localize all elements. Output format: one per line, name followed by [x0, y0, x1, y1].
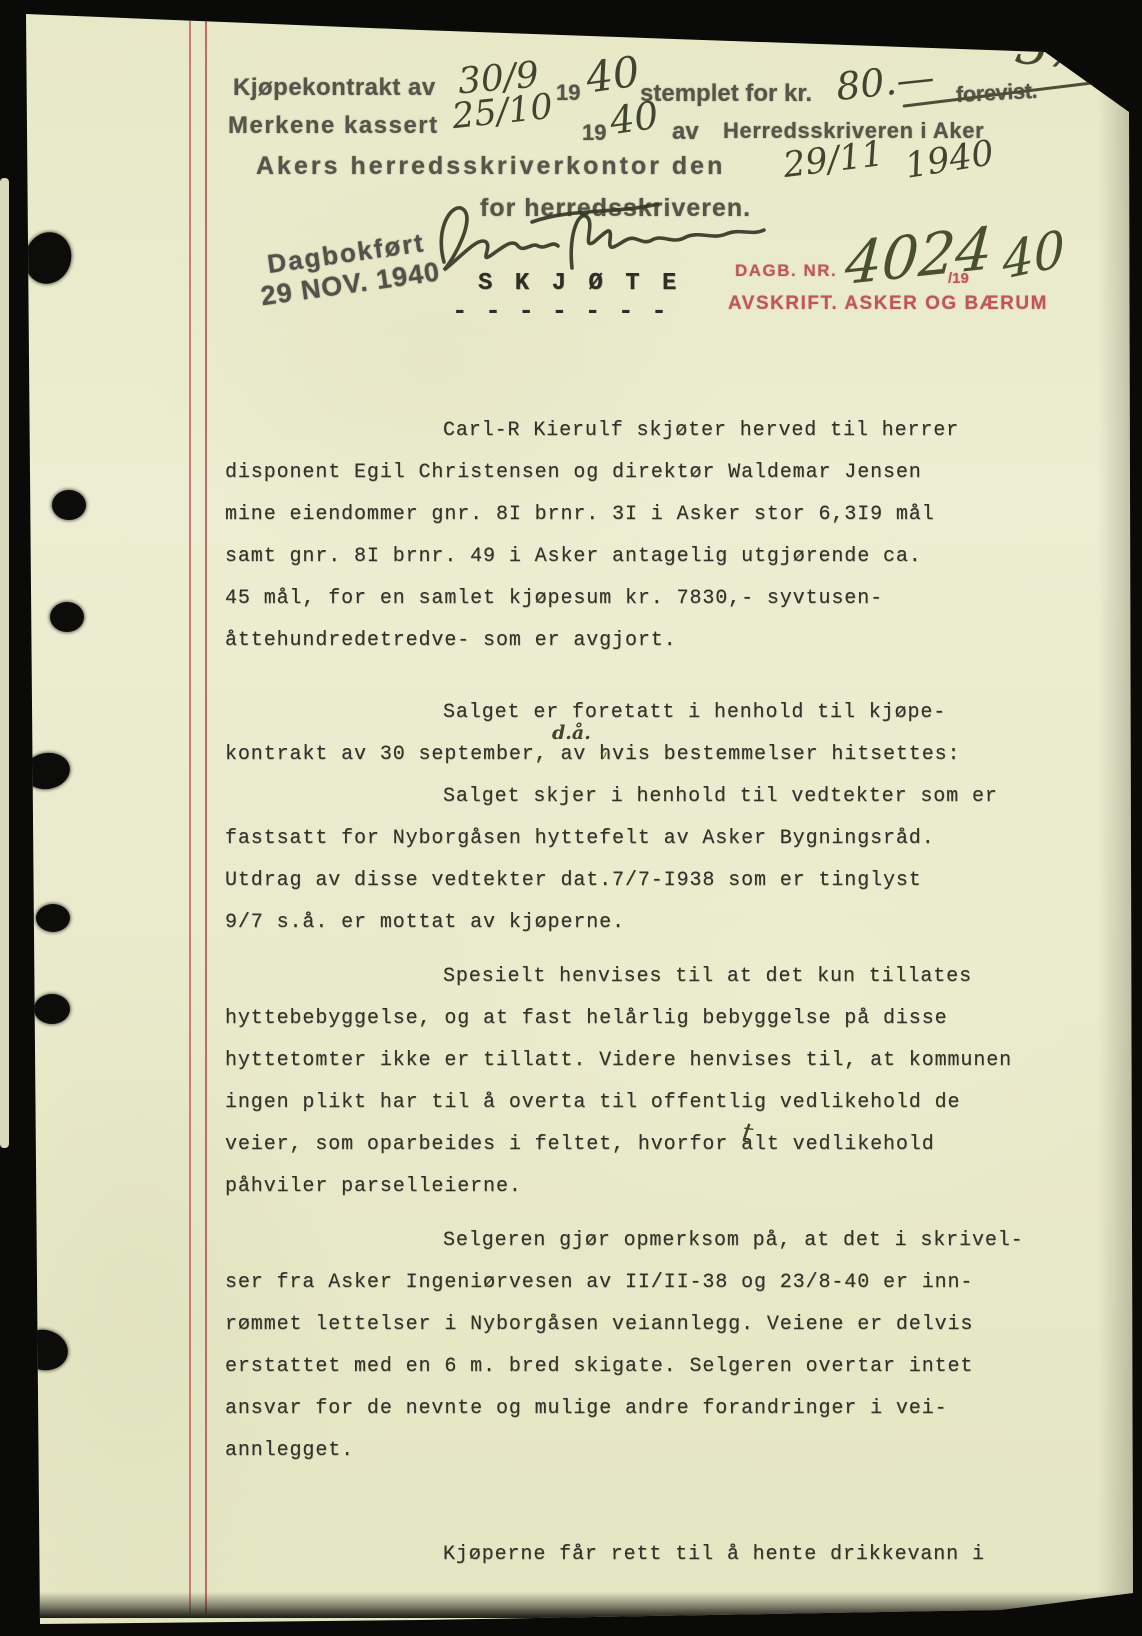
handwritten-caret-mark: v — [600, 748, 607, 762]
typewritten-line: hyttebebyggelse, og at fast helårlig beb… — [225, 998, 1055, 1040]
typewritten-line: Selgeren gjør opmerksom på, at det i skr… — [225, 1220, 1055, 1262]
typewritten-line: Kjøperne får rett til å hente drikkevann… — [225, 1534, 1055, 1576]
typewritten-line: ser fra Asker Ingeniørvesen av II/II-38 … — [225, 1262, 1055, 1304]
margin-rule-line — [189, 14, 191, 1614]
typewritten-line: mine eiendommer gnr. 8I brnr. 3I i Asker… — [225, 494, 1055, 536]
stamp-text-office-line: Akers herredsskriverkontor den — [256, 152, 725, 181]
typewritten-line: Spesielt henvises til at det kun tillate… — [225, 956, 1055, 998]
typewritten-line: annlegget. — [225, 1430, 1055, 1472]
stamp-year-prefix: 19 — [556, 80, 580, 106]
page-bottom-shadow — [26, 1592, 1136, 1618]
journal-stamp-per-year: /19 — [948, 270, 969, 287]
typewritten-line: veier, som oparbeides i feltet, hvorfor … — [225, 1124, 1055, 1166]
handwritten-insert-note: d.å. — [552, 722, 591, 744]
handwritten-amount: 80.— — [834, 55, 936, 109]
dagbokfort-stamp: Dagbokført 29 NOV. 1940 — [255, 226, 443, 313]
typewritten-line: Salget skjer i henhold til vedtekter som… — [225, 776, 1055, 818]
punch-hole — [18, 226, 78, 290]
typewritten-line: hyttetomter ikke er tillatt. Videre henv… — [225, 1040, 1055, 1082]
journal-stamp-label: DAGB. NR. — [735, 261, 837, 281]
punch-hole — [50, 602, 84, 632]
margin-rule-line — [205, 14, 207, 1614]
title-underline-dashes: - - - - - - - — [452, 296, 668, 326]
handwritten-year: 40 — [583, 47, 643, 103]
typewritten-line: samt gnr. 8I brnr. 49 i Asker antagelig … — [225, 536, 1055, 578]
typewritten-line: erstattet med en 6 m. bred skigate. Selg… — [225, 1346, 1055, 1388]
punch-hole — [34, 994, 70, 1024]
typewritten-line: ingen plikt har til å overta til offentl… — [225, 1082, 1055, 1124]
punch-hole — [36, 904, 70, 932]
punch-hole — [16, 1325, 71, 1374]
typewritten-line: påhviler parselleierne. — [225, 1166, 1055, 1208]
journal-stamp-line2: AVSKRIFT. ASKER OG BÆRUM — [728, 293, 1048, 315]
typewritten-line: kontrakt av 30 september, av hvis bestem… — [225, 734, 1055, 776]
stamp-text-av: av — [672, 118, 699, 146]
typewritten-line: ansvar for de nevnte og mulige andre for… — [225, 1388, 1055, 1430]
document-page: Kjøpekontrakt av 30/9 19 40 stemplet for… — [0, 0, 1142, 1636]
handwritten-journal-number: 4024 — [843, 214, 995, 298]
stamp-text-contract: Kjøpekontrakt av — [233, 74, 436, 102]
typewritten-line: Salget er foretatt i henhold til kjøpe- — [225, 692, 1055, 734]
document-title: S K J Ø T E — [478, 270, 680, 297]
scanned-document-canvas: Kjøpekontrakt av 30/9 19 40 stemplet for… — [0, 0, 1142, 1636]
typewritten-line: disponent Egil Christensen og direktør W… — [225, 452, 1055, 494]
handwritten-year: 40 — [607, 93, 661, 143]
page-edge-shadow — [1098, 60, 1136, 1600]
typewritten-line: rømmet lettelser i Nyborgåsen veiannlegg… — [225, 1304, 1055, 1346]
handwritten-journal-year: 40 — [1002, 219, 1066, 291]
typewritten-line: Carl-R Kierulf skjøter herved til herrer — [225, 410, 1055, 452]
punch-hole — [21, 749, 73, 792]
typewritten-line: Utdrag av disse vedtekter dat.7/7-I938 s… — [225, 860, 1055, 902]
handwritten-page-number: 37 — [1011, 17, 1088, 80]
typewritten-line: 45 mål, for en samlet kjøpesum kr. 7830,… — [225, 578, 1055, 620]
typewritten-line: fastsatt for Nyborgåsen hyttefelt av Ask… — [225, 818, 1055, 860]
typewritten-body: Carl-R Kierulf skjøter herved til herrer… — [225, 410, 1055, 1576]
stamp-year-prefix: 19 — [582, 120, 606, 146]
typewritten-line: 9/7 s.å. er mottat av kjøperne. — [225, 902, 1055, 944]
adjacent-page-edge — [0, 178, 9, 1148]
stamp-text-stemplet: stemplet for kr. — [640, 80, 812, 108]
punch-hole — [52, 490, 86, 520]
typewritten-line: åttehundredetredve- som er avgjort. — [225, 620, 1055, 662]
stamp-text-merkene: Merkene kassert — [228, 112, 439, 140]
